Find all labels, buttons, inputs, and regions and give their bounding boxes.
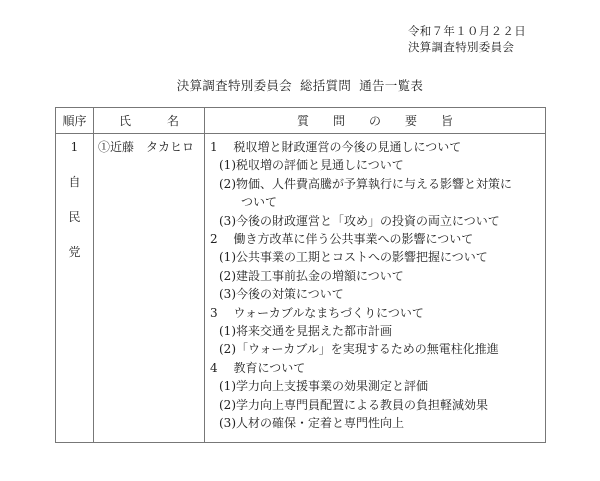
column-header-order: 順序 [56, 108, 94, 134]
question-subitem: (2)「ウォーカブル」を実現するための無電柱化推進 [205, 340, 545, 358]
question-subitem: (2)建設工事前払金の増額について [205, 267, 545, 285]
committee-name: 決算調査特別委員会 [408, 39, 526, 55]
question-subitem-continuation: ついて [205, 193, 545, 211]
title-general-question: 総括質問 [300, 78, 351, 93]
party-char: 党 [56, 244, 93, 260]
question-subitem: (2)学力向上専門員配置による教員の負担軽減効果 [205, 396, 545, 414]
page-title: 決算調査特別委員会総括質問通告一覧表 [0, 76, 600, 94]
question-item: 2 働き方改革に伴う公共事業への影響について [205, 230, 545, 248]
question-item: 1 税収増と財政運営の今後の見通しについて [205, 138, 545, 156]
question-summary-cell: 1 税収増と財政運営の今後の見通しについて (1)税収増の評価と見通しについて … [205, 134, 546, 443]
party-char: 自 [56, 174, 93, 190]
title-notice-list: 通告一覧表 [359, 78, 423, 93]
question-subitem: (1)学力向上支援事業の効果測定と評価 [205, 377, 545, 395]
question-item: 3 ウォーカブルなまちづくりについて [205, 304, 545, 322]
member-name: ①近藤 タカヒロ [98, 140, 194, 154]
question-subitem: (3)人材の確保・定着と専門性向上 [205, 414, 545, 432]
question-subitem: (1)将来交通を見据えた都市計画 [205, 322, 545, 340]
title-committee: 決算調査特別委員会 [177, 78, 292, 93]
question-subitem: (3)今後の財政運営と「攻め」の投資の両立について [205, 212, 545, 230]
party-name: 自 民 党 [56, 174, 93, 260]
table-header-row: 順序 氏 名 質 問 の 要 旨 [56, 108, 546, 134]
question-item: 4 教育について [205, 359, 545, 377]
question-subitem: (2)物価、人件費高騰が予算執行に与える影響と対策に [205, 175, 545, 193]
column-header-summary: 質 問 の 要 旨 [205, 108, 546, 134]
order-cell: 1 自 民 党 [56, 134, 94, 443]
question-subitem: (1)公共事業の工期とコストへの影響把握について [205, 248, 545, 266]
question-subitem: (1)税収増の評価と見通しについて [205, 156, 545, 174]
notice-table: 順序 氏 名 質 問 の 要 旨 1 自 民 党 ①近藤 タカヒロ 1 税収増と… [55, 107, 546, 443]
column-header-name: 氏 名 [94, 108, 205, 134]
document-header: 令和７年１０月２２日 決算調査特別委員会 [408, 23, 526, 55]
table-row: 1 自 民 党 ①近藤 タカヒロ 1 税収増と財政運営の今後の見通しについて (… [56, 134, 546, 443]
party-char: 民 [56, 209, 93, 225]
member-name-cell: ①近藤 タカヒロ [94, 134, 205, 443]
question-subitem: (3)今後の対策について [205, 285, 545, 303]
document-date: 令和７年１０月２２日 [408, 23, 526, 39]
order-number: 1 [56, 139, 93, 155]
